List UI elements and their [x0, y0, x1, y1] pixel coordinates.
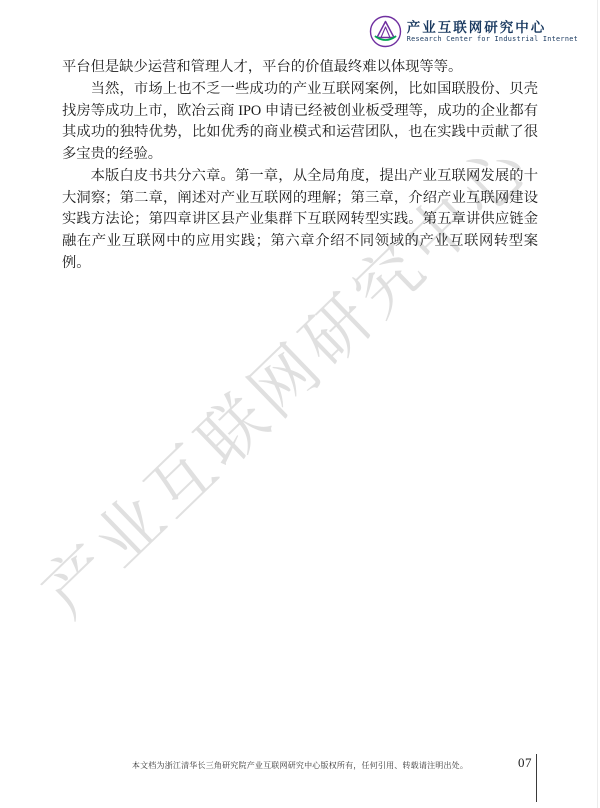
logo-subtitle: Research Center for Industrial Internet — [407, 35, 578, 44]
document-page: 产业互联网研究中心 产业互联网研究中心 Research Center for … — [0, 0, 600, 808]
body-paragraph: 平台但是缺少运营和管理人才，平台的价值最终难以体现等等。 — [62, 57, 538, 79]
page-number: 07 — [518, 755, 532, 771]
page-number-divider-line — [536, 754, 537, 802]
research-center-logo-icon — [369, 15, 402, 48]
document-body: 平台但是缺少运营和管理人才，平台的价值最终难以体现等等。 当然，市场上也不乏一些… — [62, 57, 538, 275]
body-paragraph: 当然，市场上也不乏一些成功的产业互联网案例，比如国联股份、贝壳找房等成功上市，欧… — [62, 79, 538, 166]
page-right-edge-line — [597, 0, 598, 808]
body-paragraph: 本版白皮书共分六章。第一章，从全局角度，提出产业互联网发展的十大洞察；第二章，阐… — [62, 166, 538, 275]
logo-text-block: 产业互联网研究中心 Research Center for Industrial… — [407, 20, 578, 44]
header-logo: 产业互联网研究中心 Research Center for Industrial… — [369, 15, 578, 48]
logo-title: 产业互联网研究中心 — [407, 20, 578, 35]
footer-copyright-text: 本文档为浙江清华长三角研究院产业互联网研究中心版权所有，任何引用、转载请注明出处… — [0, 760, 600, 771]
